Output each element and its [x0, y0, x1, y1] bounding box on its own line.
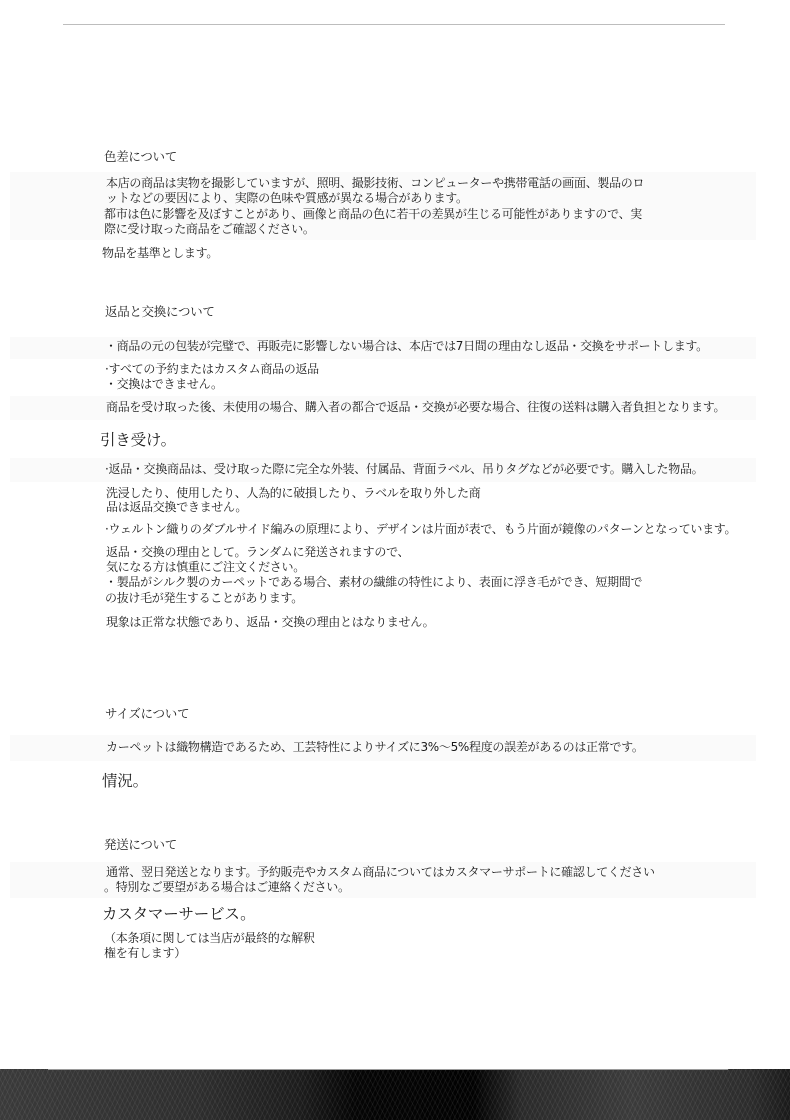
customer-service-line: カスタマーサービス。 [102, 905, 255, 923]
size-line: カーペットは織物構造であるため、工芸特性によりサイズに3%〜5%程度の誤差がある… [106, 740, 644, 755]
carpet-texture-image [0, 1069, 790, 1120]
returns-line: 気になる方は慎重にご注文ください。 [106, 560, 305, 575]
top-divider [63, 24, 725, 25]
shipping-section-heading: 発送について [104, 837, 177, 852]
size-big-line: 情況。 [102, 772, 148, 790]
returns-line: ・商品の元の包装が完璧で、再販売に影響しない場合は、本店では7日間の理由なし返品… [105, 339, 708, 354]
returns-line: ・製品がシルク製のカーペットである場合、素材の繊維の特性により、表面に浮き毛がで… [105, 575, 642, 590]
disclaimer-line: （本条項に関しては当店が最終的な解釈 [104, 931, 315, 946]
returns-line: 品は返品交換できません。 [106, 500, 247, 515]
returns-section-heading: 返品と交換について [105, 304, 215, 319]
color-section-line: 際に受け取った商品をご確認ください。 [104, 222, 315, 237]
color-section-line: 本店の商品は実物を撮影していますが、照明、撮影技術、コンピューターや携帯電話の画… [106, 176, 644, 191]
returns-line: ·ウェルトン織りのダブルサイド編みの原理により、デザインは片面が表で、もう片面が… [105, 522, 736, 537]
returns-big-line: 引き受け。 [100, 431, 176, 449]
shipping-line: 。特別なご要望がある場合はご連絡ください。 [104, 880, 350, 895]
returns-line: の抜け毛が発生することがあります。 [105, 591, 303, 606]
image-top-edge [48, 1069, 728, 1070]
color-section-line: ットなどの要因により、実際の色味や質感が異なる場合があります。 [106, 191, 468, 206]
returns-line: 現象は正常な状態であり、返品・交換の理由とはなりません。 [106, 615, 434, 630]
color-section-tail: 物品を基準とします。 [102, 246, 218, 261]
color-section-line: 都市は色に影響を及ぼすことがあり、画像と商品の色に若干の差異が生じる可能性があり… [104, 207, 642, 222]
returns-line: 洗浸したり、使用したり、人為的に破損したり、ラベルを取り外した商 [106, 486, 480, 501]
returns-line: 商品を受け取った後、未使用の場合、購入者の都合で返品・交換が必要な場合、往復の送… [106, 400, 725, 415]
color-section-heading: 色差について [104, 149, 177, 164]
returns-line: ・交換はできません。 [105, 377, 223, 392]
returns-line: ·すべての予約またはカスタム商品の返品 [105, 362, 319, 377]
shipping-line: 通常、翌日発送となります。予約販売やカスタム商品についてはカスタマーサポートに確… [106, 865, 655, 880]
size-section-heading: サイズについて [105, 706, 189, 721]
disclaimer-line: 権を有します） [104, 946, 186, 961]
returns-line: ·返品・交換商品は、受け取った際に完全な外装、付属品、背面ラベル、吊りタグなどが… [105, 462, 703, 477]
returns-line: 返品・交換の理由として。ランダムに発送されますので、 [106, 545, 409, 560]
